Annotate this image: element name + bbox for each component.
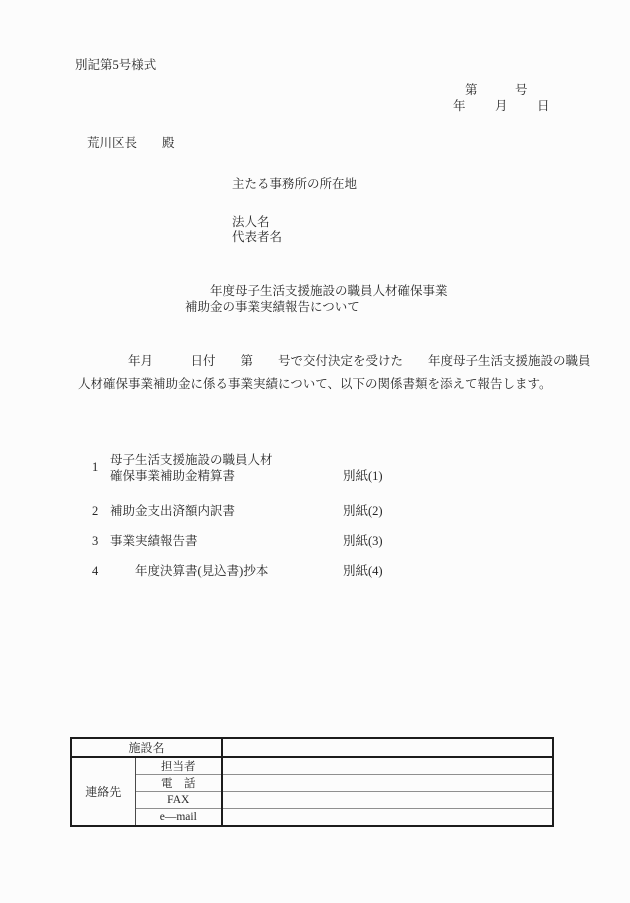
body-text-line1: 年月 日付 第 号で交付決定を受けた 年度母子生活支援施設の職員	[78, 355, 591, 368]
facility-name-value-cell	[222, 738, 553, 757]
corporation-name-label: 法人名	[232, 216, 270, 229]
attachment-name-line2: 確保事業補助金精算書	[110, 470, 235, 483]
attachment-name: 年度決算書(見込書)抄本	[110, 565, 268, 578]
attachment-ref: 別紙(1)	[343, 470, 383, 483]
attachment-ref: 別紙(2)	[343, 505, 383, 518]
attachment-name: 補助金支出済額内訳書	[110, 505, 235, 518]
fax-label-cell: FAX	[135, 792, 222, 809]
addressee: 荒川区長 殿	[87, 137, 175, 150]
attachment-number: 4	[92, 565, 98, 578]
table-row: 施設名	[71, 738, 553, 757]
body-text-line2: 人材確保事業補助金に係る事業実績について、以下の関係書類を添えて報告します。	[78, 378, 552, 391]
document-title-line1: 年度母子生活支援施設の職員人材確保事業	[185, 285, 448, 298]
phone-label-cell: 電 話	[135, 775, 222, 792]
attachment-name: 事業実績報告書	[110, 535, 198, 548]
facility-name-label-cell: 施設名	[71, 738, 222, 757]
email-value-cell	[222, 809, 553, 826]
contact-person-label-cell: 担当者	[135, 757, 222, 775]
email-label-cell: e―mail	[135, 809, 222, 826]
contact-person-value-cell	[222, 757, 553, 775]
contact-label-cell: 連絡先	[71, 757, 135, 826]
attachment-number: 2	[92, 505, 98, 518]
table-row: 連絡先 担当者	[71, 757, 553, 775]
table-row: 電 話	[71, 775, 553, 792]
attachment-name-line1: 母子生活支援施設の職員人材	[110, 454, 273, 467]
contact-table: 施設名 連絡先 担当者 電 話 FAX e―mail	[70, 737, 554, 827]
representative-name-label: 代表者名	[232, 231, 282, 244]
document-page: 別記第5号様式 第 号 年 月 日 荒川区長 殿 主たる事務所の所在地 法人名 …	[0, 0, 630, 903]
table-row: e―mail	[71, 809, 553, 826]
attachment-number: 1	[92, 461, 98, 474]
attachment-ref: 別紙(4)	[343, 565, 383, 578]
document-title-line2: 補助金の事業実績報告について	[185, 301, 360, 314]
office-address-label: 主たる事務所の所在地	[232, 178, 357, 191]
date-line: 年 月 日	[453, 100, 551, 113]
document-number-line: 第 号	[465, 84, 528, 97]
table-row: FAX	[71, 792, 553, 809]
attachment-ref: 別紙(3)	[343, 535, 383, 548]
form-code: 別記第5号様式	[75, 59, 156, 72]
fax-value-cell	[222, 792, 553, 809]
phone-value-cell	[222, 775, 553, 792]
attachment-number: 3	[92, 535, 98, 548]
